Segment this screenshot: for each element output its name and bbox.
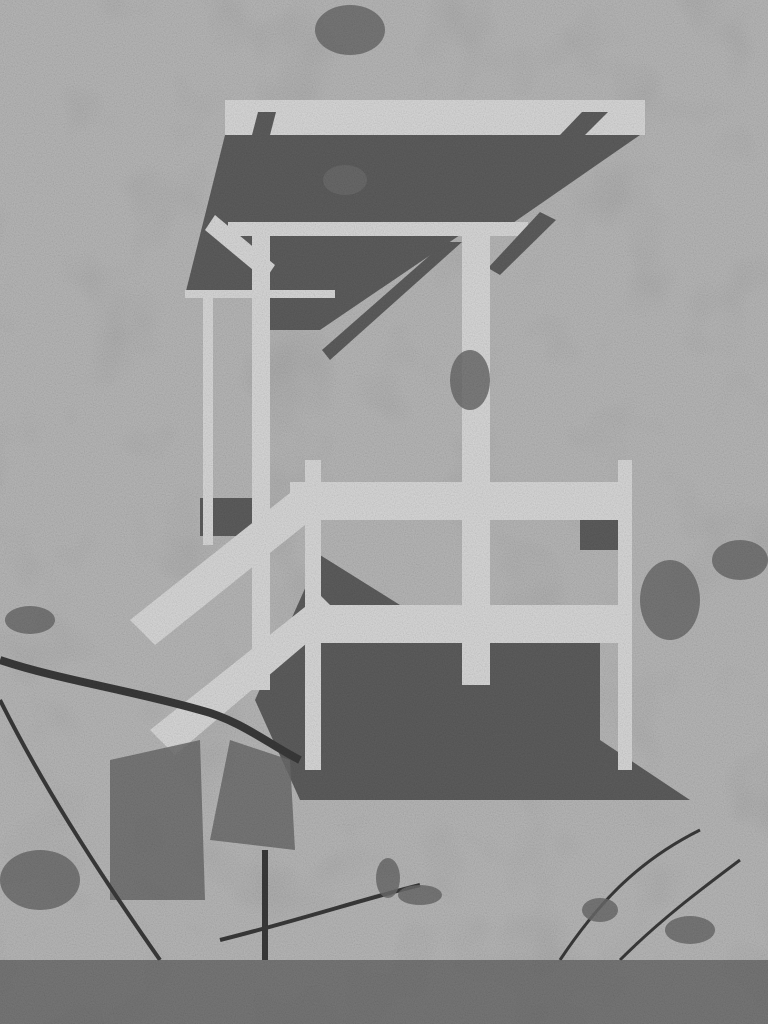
artwork-canvas — [0, 0, 768, 1024]
collage-svg — [0, 0, 768, 1024]
